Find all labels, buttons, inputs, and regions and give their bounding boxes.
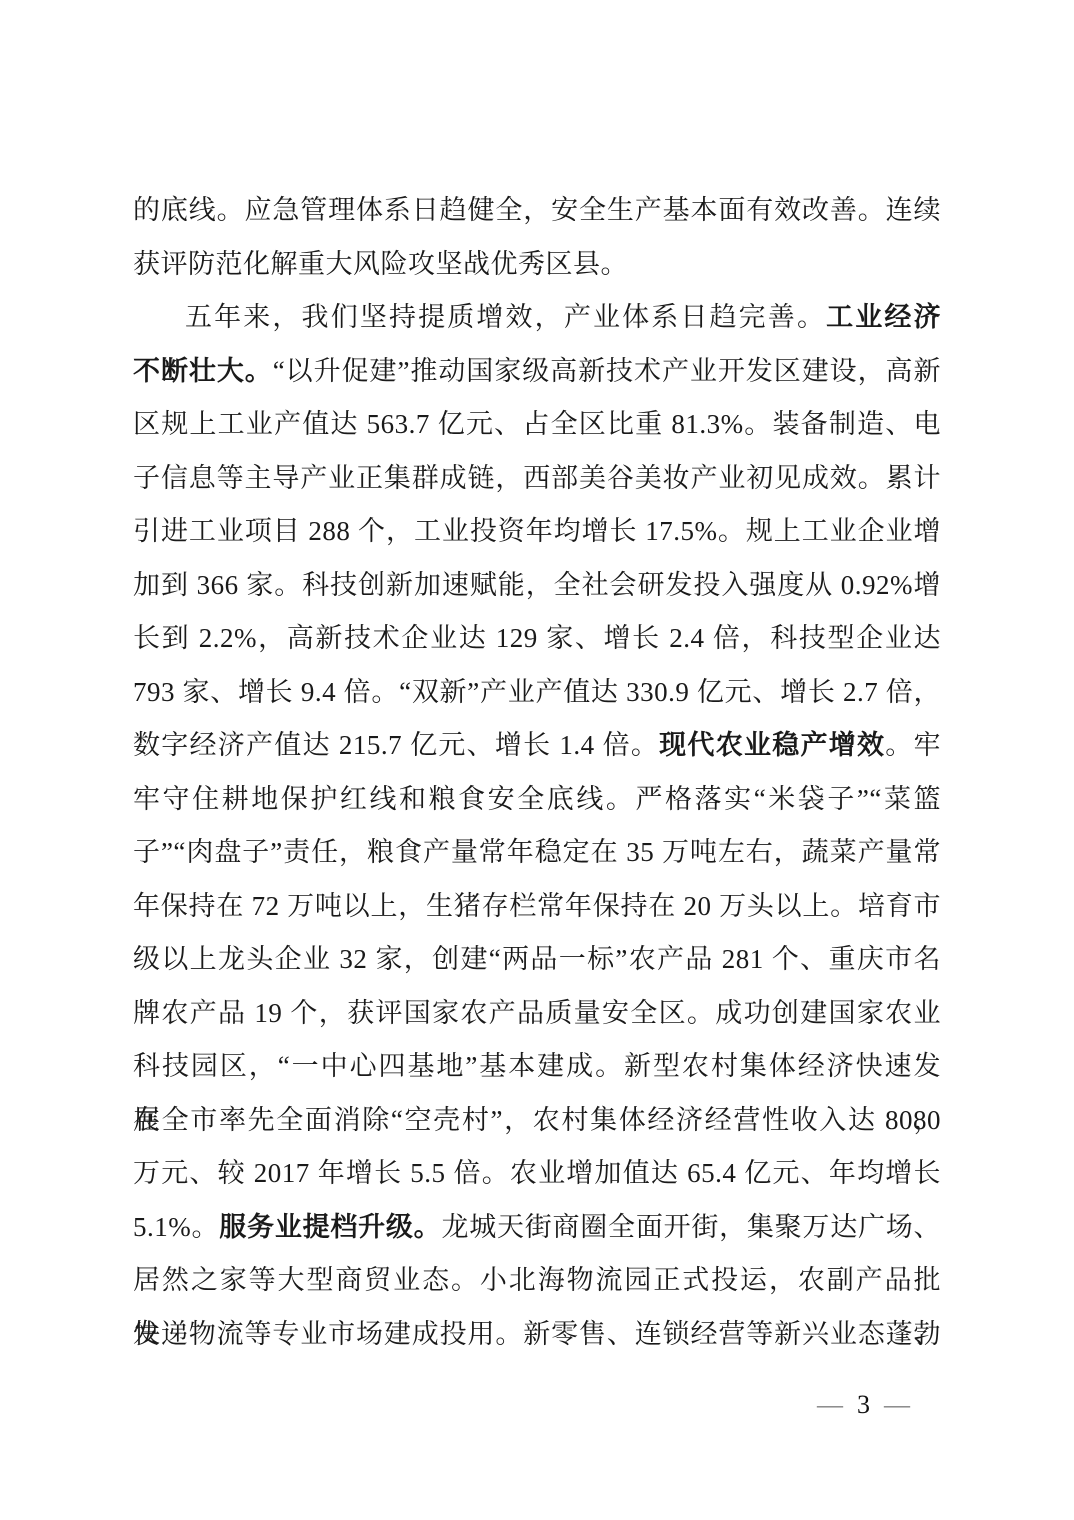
- text-segment: 龙城天街商圈全面开街，集聚万达广场、: [441, 1212, 941, 1242]
- text-line: 在全市率先全面消除“空壳村”，农村集体经济经营性收入达 8080: [133, 1094, 941, 1148]
- text-segment: 长到 2.2%，高新技术企业达 129 家、增长 2.4 倍，科技型企业达: [133, 623, 941, 653]
- text-line: 牌农产品 19 个，获评国家农产品质量安全区。成功创建国家农业: [133, 987, 941, 1041]
- text-segment: 5.1%。: [133, 1212, 219, 1242]
- text-segment: 在全市率先全面消除“空壳村”，农村集体经济经营性收入达 8080: [133, 1105, 941, 1135]
- text-segment: 子”“肉盘子”责任，粮食产量常年稳定在 35 万吨左右，蔬菜产量常: [133, 837, 941, 867]
- text-segment: 获评防范化解重大风险攻坚战优秀区县。: [133, 249, 628, 279]
- text-segment: 数字经济产值达 215.7 亿元、增长 1.4 倍。: [133, 730, 659, 760]
- text-line: 加到 366 家。科技创新加速赋能，全社会研发投入强度从 0.92%增: [133, 559, 941, 613]
- text-line: 获评防范化解重大风险攻坚战优秀区县。: [133, 238, 941, 292]
- text-segment: 793 家、增长 9.4 倍。“双新”产业产值达 330.9 亿元、增长 2.7…: [133, 677, 941, 707]
- bold-text-segment: 服务业提档升级。: [219, 1212, 441, 1242]
- text-line: 子”“肉盘子”责任，粮食产量常年稳定在 35 万吨左右，蔬菜产量常: [133, 826, 941, 880]
- text-segment: 的底线。应急管理体系日趋健全，安全生产基本面有效改善。连续: [133, 195, 941, 225]
- footer-page-number: 3: [857, 1390, 870, 1419]
- text-line: 五年来，我们坚持提质增效，产业体系日趋完善。工业经济: [133, 291, 941, 345]
- text-line: 牢守住耕地保护红线和粮食安全底线。严格落实“米袋子”“菜篮: [133, 773, 941, 827]
- bold-text-segment: 工业经济: [826, 302, 941, 332]
- footer-dash-left: —: [817, 1390, 843, 1419]
- bold-text-segment: 现代农业稳产增效: [659, 730, 885, 760]
- document-page: 的底线。应急管理体系日趋健全，安全生产基本面有效改善。连续获评防范化解重大风险攻…: [0, 0, 1074, 1520]
- text-segment: “以升促建”推动国家级高新技术产业开发区建设，高新: [273, 356, 941, 386]
- text-line: 科技园区，“一中心四基地”基本建成。新型农村集体经济快速发展，: [133, 1040, 941, 1094]
- text-line: 数字经济产值达 215.7 亿元、增长 1.4 倍。现代农业稳产增效。牢: [133, 719, 941, 773]
- text-line: 级以上龙头企业 32 家，创建“两品一标”农产品 281 个、重庆市名: [133, 933, 941, 987]
- text-line: 区规上工业产值达 563.7 亿元、占全区比重 81.3%。装备制造、电: [133, 398, 941, 452]
- footer-dash-right: —: [884, 1390, 910, 1419]
- text-line: 不断壮大。“以升促建”推动国家级高新技术产业开发区建设，高新: [133, 345, 941, 399]
- text-segment: 级以上龙头企业 32 家，创建“两品一标”农产品 281 个、重庆市名: [133, 944, 941, 974]
- text-line: 793 家、增长 9.4 倍。“双新”产业产值达 330.9 亿元、增长 2.7…: [133, 666, 941, 720]
- text-line: 年保持在 72 万吨以上，生猪存栏常年保持在 20 万头以上。培育市: [133, 880, 941, 934]
- text-line: 长到 2.2%，高新技术企业达 129 家、增长 2.4 倍，科技型企业达: [133, 612, 941, 666]
- document-body: 的底线。应急管理体系日趋健全，安全生产基本面有效改善。连续获评防范化解重大风险攻…: [133, 184, 941, 1361]
- text-segment: 加到 366 家。科技创新加速赋能，全社会研发投入强度从 0.92%增: [133, 570, 941, 600]
- bold-text-segment: 不断壮大。: [133, 356, 273, 386]
- text-segment: 万元、较 2017 年增长 5.5 倍。农业增加值达 65.4 亿元、年均增长: [133, 1158, 941, 1188]
- text-line: 快递物流等专业市场建成投用。新零售、连锁经营等新兴业态蓬勃: [133, 1308, 941, 1362]
- text-line: 子信息等主导产业正集群成链，西部美谷美妆产业初见成效。累计: [133, 452, 941, 506]
- text-line: 的底线。应急管理体系日趋健全，安全生产基本面有效改善。连续: [133, 184, 941, 238]
- text-segment: 快递物流等专业市场建成投用。新零售、连锁经营等新兴业态蓬勃: [133, 1319, 941, 1349]
- text-line: 万元、较 2017 年增长 5.5 倍。农业增加值达 65.4 亿元、年均增长: [133, 1147, 941, 1201]
- text-segment: 五年来，我们坚持提质增效，产业体系日趋完善。: [185, 302, 826, 332]
- text-segment: 牌农产品 19 个，获评国家农产品质量安全区。成功创建国家农业: [133, 998, 941, 1028]
- text-segment: 区规上工业产值达 563.7 亿元、占全区比重 81.3%。装备制造、电: [133, 409, 941, 439]
- text-segment: 子信息等主导产业正集群成链，西部美谷美妆产业初见成效。累计: [133, 463, 941, 493]
- text-segment: 。牢: [885, 730, 941, 760]
- text-line: 5.1%。服务业提档升级。龙城天街商圈全面开街，集聚万达广场、: [133, 1201, 941, 1255]
- text-segment: 引进工业项目 288 个，工业投资年均增长 17.5%。规上工业企业增: [133, 516, 941, 546]
- text-segment: 牢守住耕地保护红线和粮食安全底线。严格落实“米袋子”“菜篮: [133, 784, 941, 814]
- text-line: 引进工业项目 288 个，工业投资年均增长 17.5%。规上工业企业增: [133, 505, 941, 559]
- page-footer: —3—: [817, 1390, 910, 1420]
- text-segment: 年保持在 72 万吨以上，生猪存栏常年保持在 20 万头以上。培育市: [133, 891, 941, 921]
- text-line: 居然之家等大型商贸业态。小北海物流园正式投运，农副产品批发、: [133, 1254, 941, 1308]
